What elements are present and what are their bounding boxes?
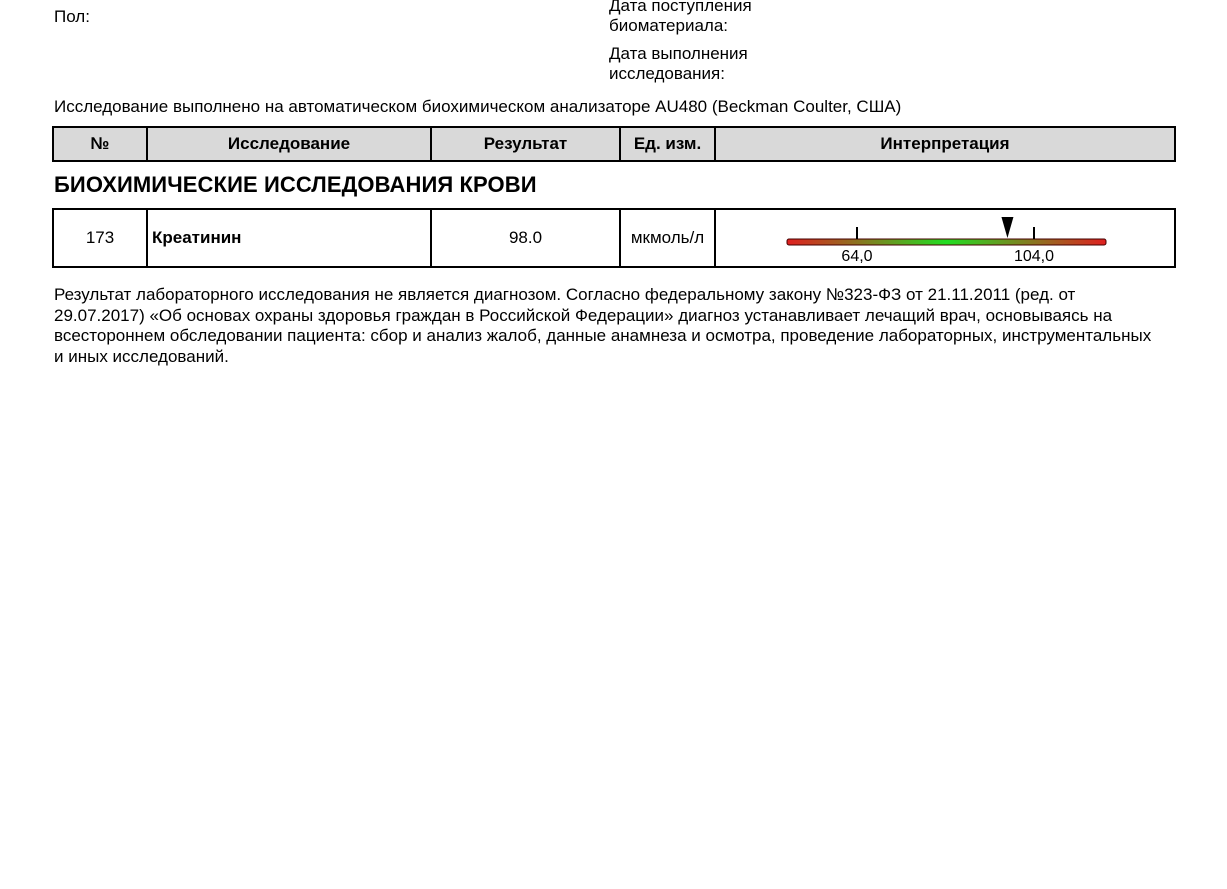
- received-date-label: Дата поступления биоматериала:: [609, 0, 809, 36]
- gauge-bar: [787, 239, 1106, 245]
- sex-label: Пол:: [54, 7, 90, 27]
- value-marker-icon: [1001, 217, 1013, 238]
- row-unit: мкмоль/л: [620, 209, 715, 267]
- column-test: Исследование: [147, 127, 431, 161]
- column-unit: Ед. изм.: [620, 127, 715, 161]
- column-number: №: [53, 127, 147, 161]
- column-interpretation: Интерпретация: [715, 127, 1175, 161]
- ref-low-label: 64,0: [841, 248, 872, 265]
- analyzer-note: Исследование выполнено на автоматическом…: [54, 97, 901, 117]
- row-interpretation: 64,0104,0: [715, 209, 1175, 267]
- section-title: БИОХИМИЧЕСКИЕ ИССЛЕДОВАНИЯ КРОВИ: [54, 172, 537, 198]
- reference-range-gauge: 64,0104,0: [716, 210, 1176, 266]
- ref-high-label: 104,0: [1014, 248, 1054, 265]
- column-result: Результат: [431, 127, 620, 161]
- results-table-header: № Исследование Результат Ед. изм. Интерп…: [52, 126, 1176, 162]
- row-number: 173: [53, 209, 147, 267]
- disclaimer-text: Результат лабораторного исследования не …: [54, 285, 1164, 367]
- row-result: 98.0: [431, 209, 620, 267]
- table-row: 173 Креатинин 98.0 мкмоль/л 64,0104,0: [52, 208, 1176, 268]
- performed-date-label: Дата выполнения исследования:: [609, 44, 809, 84]
- row-test-name: Креатинин: [147, 209, 431, 267]
